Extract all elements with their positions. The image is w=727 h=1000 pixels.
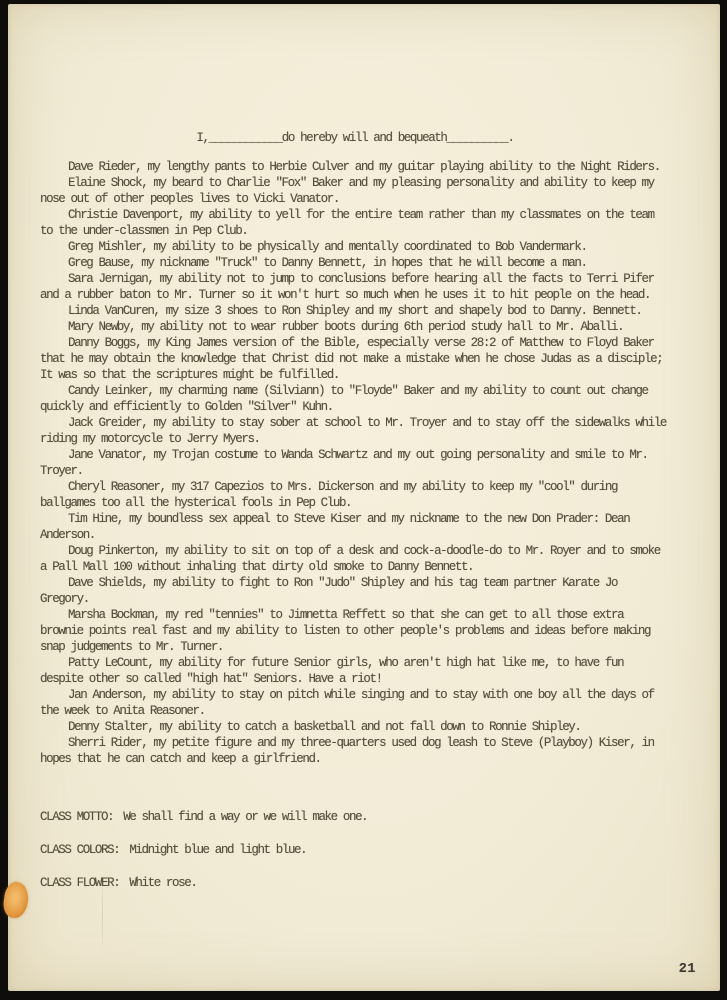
class-colors-row: CLASS COLORS:Midnight blue and light blu… — [40, 842, 670, 858]
bequest-paragraph: Tim Hine, my boundless sex appeal to Ste… — [40, 511, 670, 543]
class-motto-row: CLASS MOTTO:We shall find a way or we wi… — [40, 809, 670, 825]
yearbook-page: I,____________do hereby will and bequeat… — [8, 4, 720, 991]
ink-stain-mark — [2, 881, 31, 920]
bequest-paragraph: Greg Mishler, my ability to be physicall… — [40, 239, 670, 255]
class-motto-text: We shall find a way or we will make one. — [123, 810, 367, 824]
bequest-paragraph: Linda VanCuren, my size 3 shoes to Ron S… — [40, 303, 670, 319]
paper-crease — [102, 874, 103, 954]
bequest-paragraph: Marsha Bockman, my red "tennies" to Jimn… — [40, 607, 670, 655]
bequest-paragraph: Elaine Shock, my beard to Charlie "Fox" … — [40, 175, 670, 207]
bequest-paragraph: Jane Vanator, my Trojan costume to Wanda… — [40, 447, 670, 479]
bequest-paragraph: Danny Boggs, my King James version of th… — [40, 335, 670, 383]
bequest-paragraph: Patty LeCount, my ability for future Sen… — [40, 655, 670, 687]
bequest-paragraph: Doug Pinkerton, my ability to sit on top… — [40, 543, 670, 575]
scanned-document: { "page": { "number": "21" }, "heading":… — [0, 0, 727, 1000]
bequest-paragraph: Mary Newby, my ability not to wear rubbe… — [40, 319, 670, 335]
bequest-paragraph: Jan Anderson, my ability to stay on pitc… — [40, 687, 670, 719]
bequest-paragraph: Denny Stalter, my ability to catch a bas… — [40, 719, 670, 735]
bequest-paragraph: Sherri Rider, my petite figure and my th… — [40, 735, 670, 767]
bequest-list: Dave Rieder, my lengthy pants to Herbie … — [40, 159, 670, 767]
bequest-paragraph: Dave Shields, my ability to fight to Ron… — [40, 575, 670, 607]
class-colors-text: Midnight blue and light blue. — [129, 843, 306, 857]
bequest-paragraph: Sara Jernigan, my ability not to jump to… — [40, 271, 670, 303]
opening-fill-in-line: I,____________do hereby will and bequeat… — [40, 130, 670, 146]
bequest-paragraph: Jack Greider, my ability to stay sober a… — [40, 415, 670, 447]
class-colors-label: CLASS COLORS: — [40, 843, 119, 857]
page-number: 21 — [679, 962, 696, 977]
bequest-paragraph: Greg Bause, my nickname "Truck" to Danny… — [40, 255, 670, 271]
bequest-paragraph: Dave Rieder, my lengthy pants to Herbie … — [40, 159, 670, 175]
class-flower-row: CLASS FLOWER:White rose. — [40, 875, 670, 891]
class-info-list: CLASS MOTTO:We shall find a way or we wi… — [40, 809, 670, 891]
class-flower-label: CLASS FLOWER: — [40, 876, 119, 890]
class-flower-text: White rose. — [129, 876, 196, 890]
bequest-paragraph: Christie Davenport, my ability to yell f… — [40, 207, 670, 239]
bequest-paragraph: Candy Leinker, my charming name (Silvian… — [40, 383, 670, 415]
bequest-paragraph: Cheryl Reasoner, my 317 Capezios to Mrs.… — [40, 479, 670, 511]
class-motto-label: CLASS MOTTO: — [40, 810, 113, 824]
page-content: I,____________do hereby will and bequeat… — [40, 4, 670, 908]
